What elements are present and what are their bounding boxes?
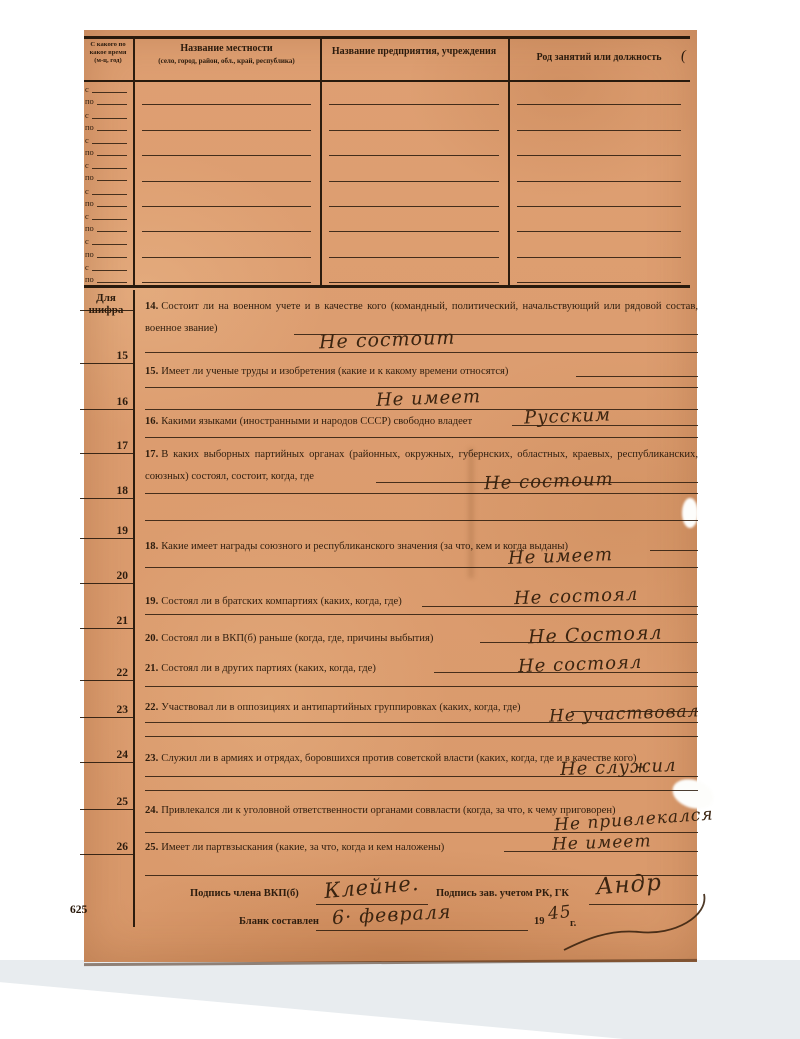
cipher-number: 17 [84,440,128,452]
occupation-cell [508,133,690,158]
cipher-number: 26 [84,841,128,853]
from-label: с [85,262,89,272]
table-row: с по [84,82,690,107]
ruled-line [145,686,698,687]
table-row: с по [84,234,690,259]
time-cell: с по [84,107,133,132]
from-label: с [85,211,89,221]
cipher-number: 25 [84,796,128,808]
location-cell [133,209,320,234]
organization-cell [320,133,508,158]
cipher-column-label: Для шифра [80,292,132,316]
question-text: В каких выборных партийных органах (райо… [145,449,698,482]
write-in-line [92,270,127,271]
question-text: Состоял ли в ВКП(б) раньше (когда, где, … [161,633,433,644]
question-number: 17. [145,449,158,460]
question-text: Состоял ли в других партиях (каких, когд… [161,663,376,674]
ruled-line [145,736,698,737]
table-row: с по [84,184,690,209]
organization-cell [320,260,508,285]
ruled-line [145,722,698,723]
organization-cell [320,158,508,183]
location-cell [133,260,320,285]
form-serial-number: 625 [70,904,87,916]
cipher-number: 20 [84,570,128,582]
question-number: 14. [145,301,158,312]
location-cell [133,133,320,158]
question-text: Привлекался ли к уголовной ответственнос… [161,805,615,816]
answer-25: Не имеет [552,831,652,854]
write-in-line [92,92,127,93]
table-border-bottom [84,285,690,288]
write-in-line [97,130,127,131]
ruled-line [145,352,698,353]
organization-cell [320,209,508,234]
occupation-cell [508,209,690,234]
ruled-line [145,614,698,615]
cipher-line [80,409,133,410]
from-label: с [85,135,89,145]
write-in-line [92,143,127,144]
cipher-number: 18 [84,485,128,497]
question-15: 15.Имеет ли ученые труды и изобретения (… [145,361,698,383]
cipher-number: 16 [84,396,128,408]
answer-15: Не имеет [376,386,482,411]
cipher-line [80,628,133,629]
year-handwritten: 45 [547,902,573,924]
question-number: 19. [145,596,158,607]
history-table-body: с по с по [84,82,690,285]
to-label: по [85,223,94,233]
cipher-number: 24 [84,749,128,761]
cipher-number: 21 [84,615,128,627]
signature-flourish [554,888,714,958]
table-row: с по [84,260,690,285]
answer-14: Не состоит [319,327,456,354]
year-printed: 19 [534,916,545,927]
question-text: Какими языками (иностранными и народов С… [161,416,472,427]
to-label: по [85,96,94,106]
from-label: с [85,186,89,196]
table-border-top [84,36,690,39]
to-label: по [85,274,94,284]
organization-cell [320,82,508,107]
occupation-cell [508,82,690,107]
time-cell: с по [84,260,133,285]
table-row: с по [84,133,690,158]
cipher-line [80,680,133,681]
form-date-label: Бланк составлен [239,916,319,927]
write-in-line [97,104,127,105]
write-in-line [97,231,127,232]
write-in-line [92,118,127,119]
write-in-line [97,206,127,207]
location-cell [133,184,320,209]
cipher-line [80,809,133,810]
paper-tear [682,498,698,528]
ruled-line [145,409,698,410]
col-header-time: С какого по какое время (м-ц, год) [85,41,131,66]
question-text: Участвовал ли в оппозициях и антипартийн… [161,702,520,713]
question-text: Состоял ли в братских компартиях (каких,… [161,596,402,607]
cipher-line [80,538,133,539]
occupation-cell [508,184,690,209]
table-row: с по [84,107,690,132]
party-registration-form-sheet: ( С какого по какое время (м-ц, год) Наз… [84,30,697,962]
from-label: с [85,84,89,94]
question-number: 15. [145,366,158,377]
date-handwritten: 6· февраля [332,901,453,929]
cipher-number: 15 [84,350,128,362]
occupation-cell [508,260,690,285]
question-text: Имеет ли партвзыскания (какие, за что, к… [161,842,444,853]
scanned-form-page: ( С какого по какое время (м-ц, год) Наз… [0,0,800,1039]
ruled-line [145,790,698,791]
organization-cell [320,107,508,132]
write-in-line [92,219,127,220]
col-header-location-title: Название местности [135,43,318,56]
cipher-line [80,717,133,718]
ruled-line [576,376,698,377]
to-label: по [85,198,94,208]
from-label: с [85,110,89,120]
time-cell: с по [84,82,133,107]
question-number: 21. [145,663,158,674]
ruled-line [145,567,698,568]
cipher-line [80,762,133,763]
question-number: 23. [145,753,158,764]
question-number: 16. [145,416,158,427]
registrar-signature-label: Подпись зав. учетом РК, ГК [436,888,569,899]
write-in-line [97,155,127,156]
member-signature-label: Подпись члена ВКП(б) [190,888,299,899]
answer-19: Не состоял [514,584,639,609]
table-row: с по [84,209,690,234]
question-number: 25. [145,842,158,853]
cipher-line [80,453,133,454]
question-16: 16.Какими языками (иностранными и народо… [145,411,698,433]
year-suffix: г. [570,918,576,929]
date-line [316,930,528,931]
answer-21: Не состоял [518,652,643,677]
ruled-line [145,493,698,494]
col-header-occupation: Род занятий или должность [511,52,687,65]
cipher-line [80,310,133,311]
write-in-line [92,244,127,245]
time-cell: с по [84,158,133,183]
from-label: с [85,160,89,170]
time-cell: с по [84,234,133,259]
answer-18: Не имеет [508,544,614,569]
history-table: С какого по какое время (м-ц, год) Назва… [84,30,697,290]
question-number: 20. [145,633,158,644]
col-header-location-sub: (село, город, район, обл., край, республ… [135,57,318,66]
time-cell: с по [84,133,133,158]
write-in-line [92,194,127,195]
cipher-number: 19 [84,525,128,537]
cipher-line [80,498,133,499]
cipher-column-divider [133,290,135,927]
to-label: по [85,172,94,182]
location-cell [133,82,320,107]
write-in-line [97,282,127,283]
occupation-cell [508,107,690,132]
ruled-line [145,437,698,438]
write-in-line [97,257,127,258]
question-number: 22. [145,702,158,713]
cipher-line [80,583,133,584]
col-header-location: Название местности (село, город, район, … [135,43,318,65]
organization-cell [320,184,508,209]
cipher-number: 23 [84,704,128,716]
to-label: по [85,249,94,259]
answer-20: Не Состоял [528,622,663,649]
time-cell: с по [84,209,133,234]
cipher-number: 22 [84,667,128,679]
cipher-line [80,854,133,855]
time-cell: с по [84,184,133,209]
location-cell [133,234,320,259]
answer-16: Русским [524,404,612,428]
occupation-cell [508,158,690,183]
write-in-line [97,180,127,181]
col-header-organization: Название предприятия, учреждения [323,46,505,59]
from-label: с [85,236,89,246]
location-cell [133,107,320,132]
question-18: 18.Какие имеет награды союзного и респуб… [145,536,698,558]
question-number: 18. [145,541,158,552]
ruled-line [145,776,698,777]
question-number: 24. [145,805,158,816]
ruled-line [650,550,698,551]
cipher-line [80,363,133,364]
location-cell [133,158,320,183]
occupation-cell [508,234,690,259]
answer-17: Не состоит [484,469,614,495]
question-text: Имеет ли ученые труды и изобретения (как… [161,366,508,377]
to-label: по [85,147,94,157]
to-label: по [85,122,94,132]
write-in-line [92,168,127,169]
ruled-line [145,520,698,521]
table-row: с по [84,158,690,183]
organization-cell [320,234,508,259]
